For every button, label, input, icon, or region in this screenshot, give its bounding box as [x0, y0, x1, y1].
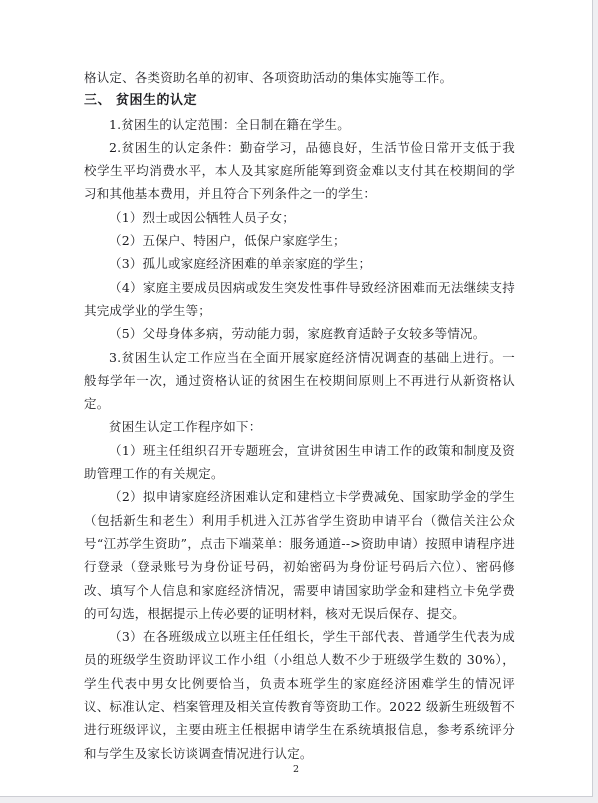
- paragraph: （5）父母身体多病，劳动能力弱，家庭教育适龄子女较多等情况。: [84, 322, 515, 345]
- paragraph: 贫困生认定工作程序如下：: [84, 415, 515, 438]
- paragraph: （3）在各班级成立以班主任任组长，学生干部代表、普通学生代表为成员的班级学生资助…: [84, 625, 515, 765]
- paragraph: 1.贫困生的认定范围：全日制在籍在学生。: [84, 113, 515, 136]
- section-heading: 三、 贫困生的认定: [84, 89, 515, 112]
- paragraph: （2）五保户、特困户，低保户家庭学生；: [84, 229, 515, 252]
- paragraph: 格认定、各类资助名单的初审、各项资助活动的集体实施等工作。: [84, 66, 515, 89]
- paragraph: （4）家庭主要成员因病或发生突发性事件导致经济困难而无法继续支持其完成学业的学生…: [84, 276, 515, 323]
- document-body: 格认定、各类资助名单的初审、各项资助活动的集体实施等工作。三、 贫困生的认定1.…: [84, 66, 515, 765]
- paragraph: （1）烈士或因公牺牲人员子女；: [84, 206, 515, 229]
- page-number: 2: [293, 764, 299, 775]
- paragraph: 3.贫困生认定工作应当在全面开展家庭经济情况调查的基础上进行。一般每学年一次，通…: [84, 346, 515, 416]
- paragraph: （3）孤儿或家庭经济困难的单亲家庭的学生；: [84, 252, 515, 275]
- document-page: 格认定、各类资助名单的初审、各项资助活动的集体实施等工作。三、 贫困生的认定1.…: [0, 0, 593, 797]
- paragraph: 2.贫困生的认定条件：勤奋学习，品德良好，生活节俭日常开支低于我校学生平均消费水…: [84, 136, 515, 206]
- paragraph: （1）班主任组织召开专题班会，宣讲贫困生申请工作的政策和制度及资助管理工作的有关…: [84, 439, 515, 486]
- paragraph: （2）拟申请家庭经济困难认定和建档立卡学费减免、国家助学金的学生（包括新生和老生…: [84, 485, 515, 625]
- page-footer: 2: [0, 764, 592, 775]
